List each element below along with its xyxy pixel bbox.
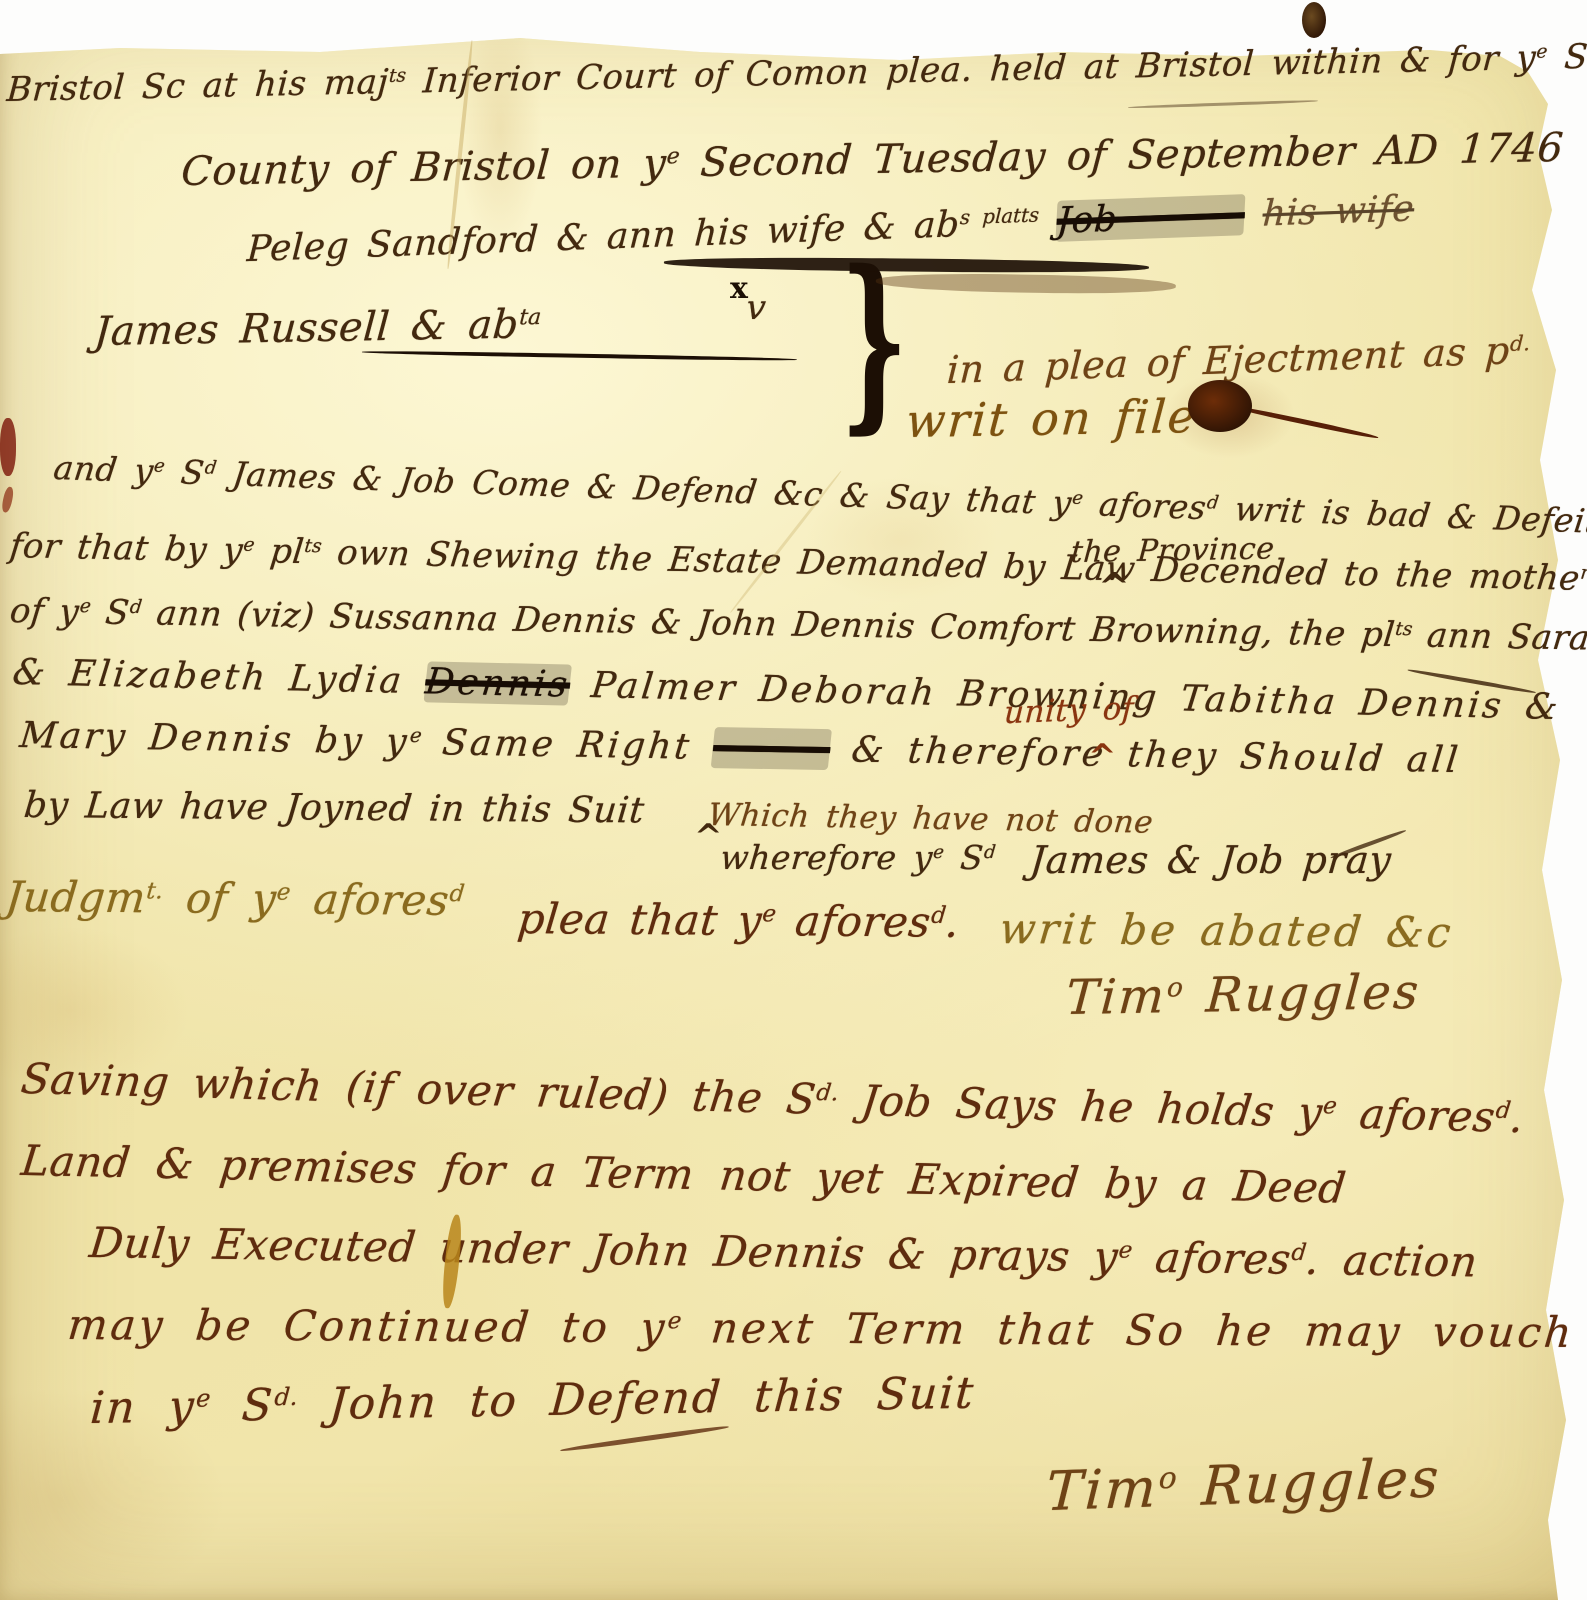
line-insert-notdone: Which they have not done bbox=[706, 798, 1154, 840]
superscript-abbreviation: e bbox=[1071, 488, 1084, 509]
line-header-1: Bristol Sc at his majts Inferior Court o… bbox=[6, 38, 1587, 109]
line-defence-4: & Elizabeth Lydia Dennis Palmer Deborah … bbox=[11, 653, 1563, 728]
line-insert-unity: unity of bbox=[1003, 691, 1135, 730]
line-plaintiffs: Peleg Sandford & ann his wife & abs plat… bbox=[246, 189, 1415, 269]
superscript-abbreviation: ts bbox=[1394, 619, 1413, 640]
struck-out-text: Dennis bbox=[423, 661, 572, 705]
superscript-abbreviation: e bbox=[666, 144, 681, 169]
superscript-abbreviation: e bbox=[276, 879, 292, 905]
superscript-abbreviation: d bbox=[448, 881, 465, 907]
superscript-abbreviation: o bbox=[1158, 1461, 1178, 1497]
struck-out-text: Job ——— bbox=[1056, 194, 1246, 242]
superscript-abbreviation: e bbox=[153, 456, 166, 477]
superscript-abbreviation: e bbox=[761, 901, 777, 927]
line-judgment-1: Judgmt. of ye aforesd bbox=[4, 874, 466, 924]
line-judgment-3: writ be abated &c bbox=[998, 906, 1456, 956]
superscript-abbreviation: e bbox=[1536, 42, 1548, 63]
smeared-text: his wife bbox=[1262, 188, 1416, 234]
line-saving-2: Land & premises for a Term not yet Expir… bbox=[19, 1138, 1348, 1212]
superscript-abbreviation: e bbox=[932, 842, 945, 863]
line-defence-6: by Law have Joyned in this Suit bbox=[22, 786, 646, 831]
line-saving-5: in ye Sd. John to Defend this Suit bbox=[89, 1370, 977, 1434]
superscript-abbreviation: s platts bbox=[959, 203, 1039, 229]
line-defence-3: of ye Sd ann (viz) Sussanna Dennis & Joh… bbox=[8, 593, 1587, 658]
superscript-abbreviation: r bbox=[1579, 563, 1587, 584]
superscript-abbreviation: e bbox=[667, 1308, 683, 1334]
line-saving-4: may be Continued to ye next Term that So… bbox=[66, 1302, 1577, 1356]
superscript-abbreviation: e bbox=[79, 596, 92, 617]
manuscript-text-layer: Bristol Sc at his majts Inferior Court o… bbox=[0, 0, 1587, 1600]
superscript-abbreviation: e bbox=[409, 724, 423, 747]
line-defence-1: and ye Sd James & Job Come & Defend &c &… bbox=[52, 450, 1587, 542]
line-defendants: James Russell & abta bbox=[93, 302, 542, 354]
superscript-abbreviation: ts bbox=[303, 536, 322, 557]
document-scan: Bristol Sc at his majts Inferior Court o… bbox=[0, 0, 1587, 1600]
struck-out-text: ——— bbox=[711, 727, 832, 770]
line-defence-2: for that by ye plts own Shewing the Esta… bbox=[8, 528, 1587, 598]
superscript-abbreviation: d bbox=[930, 903, 947, 929]
superscript-abbreviation: d. bbox=[1509, 331, 1530, 356]
superscript-abbreviation: e bbox=[242, 535, 255, 556]
line-defence-5: Mary Dennis by ye Same Right ——— & there… bbox=[18, 716, 1463, 781]
line-saving-1: Saving which (if over ruled) the Sd. Job… bbox=[19, 1056, 1527, 1141]
superscript-abbreviation: e bbox=[1117, 1237, 1133, 1263]
superscript-abbreviation: d bbox=[1290, 1240, 1307, 1266]
superscript-abbreviation: d bbox=[983, 842, 996, 863]
superscript-abbreviation: ta bbox=[518, 305, 542, 330]
line-saving-3: Duly Executed under John Dennis & prays … bbox=[87, 1220, 1480, 1286]
superscript-abbreviation: d bbox=[1494, 1098, 1512, 1124]
line-insert-wherefore: wherefore ye Sd bbox=[719, 840, 997, 876]
signature-ruggles-1: Timo Ruggles bbox=[1064, 966, 1422, 1025]
signature-ruggles-2: Timo Ruggles bbox=[1045, 1448, 1442, 1521]
line-header-2: County of Bristol on ye Second Tuesday o… bbox=[180, 126, 1565, 194]
superscript-abbreviation: e bbox=[1322, 1093, 1339, 1119]
superscript-abbreviation: d. bbox=[274, 1383, 299, 1411]
superscript-abbreviation: o bbox=[1166, 972, 1184, 1003]
line-plea-type: in a plea of Ejectment as pd. bbox=[946, 330, 1531, 392]
line-versus: v bbox=[745, 290, 768, 327]
superscript-abbreviation: d bbox=[1206, 492, 1220, 513]
superscript-abbreviation: t. bbox=[145, 878, 164, 904]
superscript-abbreviation: e bbox=[195, 1384, 211, 1412]
superscript-abbreviation: ts bbox=[388, 65, 407, 86]
line-writ-on-file: writ on file bbox=[904, 391, 1198, 447]
line-judgment-2: plea that ye aforesd. bbox=[516, 896, 962, 946]
superscript-abbreviation: d bbox=[129, 597, 143, 618]
superscript-abbreviation: d. bbox=[815, 1080, 840, 1107]
line-pray: James & Job pray bbox=[1028, 840, 1393, 882]
superscript-abbreviation: d bbox=[204, 457, 218, 478]
